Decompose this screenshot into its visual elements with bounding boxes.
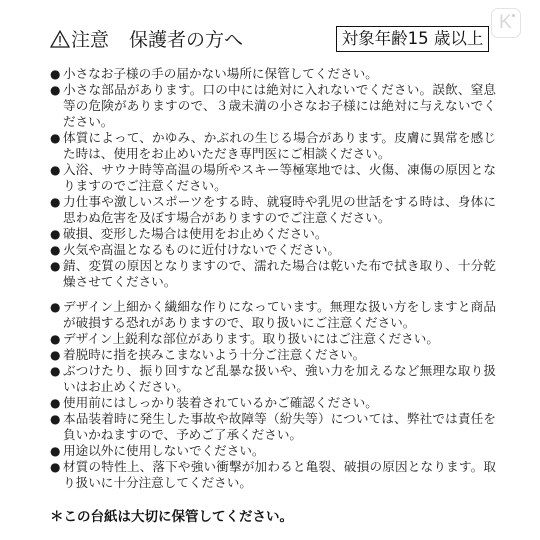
warning-item: ●本品装着時に発生した事故や故障等（紛失等）については、弊社では責任を負いかねま… [50,411,496,443]
warning-text: 本品装着時に発生した事故や故障等（紛失等）については、弊社では責任を負いかねます… [63,411,496,442]
warning-text: 力仕事や激しいスポーツをする時、就寝時や乳児の世話をする時は、身体に思わぬ危害を… [63,194,496,225]
warning-item: ●デザイン上鋭利な部位があります。取り扱いにはご注意ください。 [50,331,496,347]
warning-item: ●錆、変質の原因となりますので、濡れた場合は乾いた布で拭き取り、十分乾燥させてく… [50,258,496,290]
bullet-icon: ● [50,66,60,82]
audience-heading: 保護者の方へ [129,29,243,51]
warning-text: 小さなお子様の手の届かない場所に保管してください。 [63,66,378,81]
warning-text: 材質の特性上、落下や強い衝撃が加わると亀裂、破損の原因となります。取り扱いに十分… [63,459,496,490]
warning-text: 入浴、サウナ時等高温の場所やスキー等極寒地では、火傷、凍傷の原因となりますのでご… [63,162,496,193]
warning-item: ●着脱時に指を挟みこまないよう十分ご注意ください。 [50,347,496,363]
warning-item: ●入浴、サウナ時等高温の場所やスキー等極寒地では、火傷、凍傷の原因となりますので… [50,162,496,194]
bullet-icon: ● [50,194,60,210]
warning-text: 小さな部品があります。口の中には絶対に入れないでください。誤飲、窒息等の危険があ… [63,82,496,129]
bullet-icon: ● [50,242,60,258]
logo-dot-icon [512,14,515,17]
warning-item: ●小さな部品があります。口の中には絶対に入れないでください。誤飲、窒息等の危険が… [50,82,496,130]
age-rating-badge: 対象年齢15 歳以上 [336,26,489,52]
warning-item: ●破損、変形した場合は使用をお止めください。 [50,226,496,242]
footer-note: ＊この台紙は大切に保管してください。 [50,508,293,526]
bullet-icon: ● [50,363,60,379]
bullet-icon: ● [50,226,60,242]
warning-item: ●小さなお子様の手の届かない場所に保管してください。 [50,66,496,82]
caution-heading: 注意 [71,29,109,51]
bullet-icon: ● [50,459,60,475]
warning-triangle-icon [50,30,70,48]
warning-item: ●ぶつけたり、振り回すなど乱暴な扱いや、強い力を加えるなど無理な取り扱いはお止め… [50,363,496,395]
page-title: 注意保護者の方へ [50,27,243,53]
warning-text: 体質によって、かゆみ、かぶれの生じる場合があります。皮膚に異常を感じた時は、使用… [63,130,496,161]
warning-section-1: ●小さなお子様の手の届かない場所に保管してください。 ●小さな部品があります。口… [50,66,496,290]
warning-item: ●材質の特性上、落下や強い衝撃が加わると亀裂、破損の原因となります。取り扱いに十… [50,459,496,491]
warning-text: 用途以外に使用しないでください。 [63,443,265,458]
bullet-icon: ● [50,395,60,411]
bullet-icon: ● [50,130,60,146]
warning-section-2: ●デザイン上細かく繊細な作りになっています。無理な扱い方をしますと商品が破損する… [50,299,496,491]
warning-text: 着脱時に指を挟みこまないよう十分ご注意ください。 [63,347,365,362]
warning-text: ぶつけたり、振り回すなど乱暴な扱いや、強い力を加えるなど無理な取り扱いはお止めく… [63,363,496,394]
warning-text: 錆、変質の原因となりますので、濡れた場合は乾いた布で拭き取り、十分乾燥させてくだ… [63,258,496,289]
warning-text: デザイン上鋭利な部位があります。取り扱いにはご注意ください。 [63,331,439,346]
bullet-icon: ● [50,258,60,274]
bullet-icon: ● [50,299,60,315]
warning-text: 破損、変形した場合は使用をお止めください。 [63,226,327,241]
brand-letter: K [499,11,512,35]
bullet-icon: ● [50,411,60,427]
warning-text: 使用前にはしっかり装着されているかご確認ください。 [63,395,378,410]
warning-text: デザイン上細かく繊細な作りになっています。無理な扱い方をしますと商品が破損する恐… [63,299,496,330]
bullet-icon: ● [50,82,60,98]
warning-item: ●用途以外に使用しないでください。 [50,443,496,459]
brand-logo: K [491,8,521,38]
bullet-icon: ● [50,347,60,363]
warning-item: ●デザイン上細かく繊細な作りになっています。無理な扱い方をしますと商品が破損する… [50,299,496,331]
bullet-icon: ● [50,443,60,459]
warning-item: ●火気や高温となるものに近付けないでください。 [50,242,496,258]
warning-item: ●使用前にはしっかり装着されているかご確認ください。 [50,395,496,411]
warning-text: 火気や高温となるものに近付けないでください。 [63,242,340,257]
bullet-icon: ● [50,162,60,178]
warning-item: ●体質によって、かゆみ、かぶれの生じる場合があります。皮膚に異常を感じた時は、使… [50,130,496,162]
warning-item: ●力仕事や激しいスポーツをする時、就寝時や乳児の世話をする時は、身体に思わぬ危害… [50,194,496,226]
bullet-icon: ● [50,331,60,347]
